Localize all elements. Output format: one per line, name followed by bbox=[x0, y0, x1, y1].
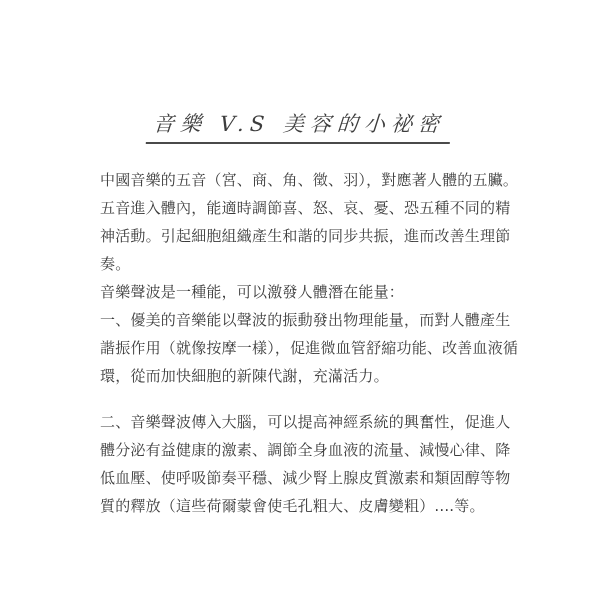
text-line: 低血壓、使呼吸節奏平穩、減少腎上腺皮質激素和類固醇等物 bbox=[100, 464, 524, 492]
text-line: 環，從而加快細胞的新陳代謝，充滿活力。 bbox=[100, 362, 524, 390]
text-line: 五音進入體內，能適時調節喜、怒、哀、憂、恐五種不同的精 bbox=[100, 194, 524, 222]
paragraph-1: 中國音樂的五音（宮、商、角、徵、羽），對應著人體的五臟。 五音進入體內，能適時調… bbox=[100, 166, 524, 278]
text-line: 神活動。引起細胞組織產生和諧的同步共振，進而改善生理節 bbox=[100, 222, 524, 250]
document-page: 音樂 V.S 美容的小祕密 中國音樂的五音（宮、商、角、徵、羽），對應著人體的五… bbox=[0, 0, 597, 600]
text-line: 中國音樂的五音（宮、商、角、徵、羽），對應著人體的五臟。 bbox=[100, 166, 524, 194]
text-line: 一、優美的音樂能以聲波的振動發出物理能量，而對人體產生 bbox=[100, 306, 524, 334]
text-line: 音樂聲波是一種能，可以激發人體潛在能量： bbox=[100, 278, 524, 306]
document-body: 中國音樂的五音（宮、商、角、徵、羽），對應著人體的五臟。 五音進入體內，能適時調… bbox=[100, 166, 524, 520]
paragraph-3: 二、音樂聲波傳入大腦，可以提高神經系統的興奮性，促進人 體分泌有益健康的激素、調… bbox=[100, 408, 524, 520]
text-line: 體分泌有益健康的激素、調節全身血液的流量、減慢心律、降 bbox=[100, 436, 524, 464]
title-row: 音樂 V.S 美容的小祕密 bbox=[0, 108, 597, 144]
page-title: 音樂 V.S 美容的小祕密 bbox=[145, 108, 451, 144]
paragraph-2: 音樂聲波是一種能，可以激發人體潛在能量： 一、優美的音樂能以聲波的振動發出物理能… bbox=[100, 278, 524, 390]
text-line: 二、音樂聲波傳入大腦，可以提高神經系統的興奮性，促進人 bbox=[100, 408, 524, 436]
text-line: 質的釋放（這些荷爾蒙會使毛孔粗大、皮膚變粗）....等。 bbox=[100, 492, 524, 520]
text-line: 諧振作用（就像按摩一樣），促進微血管舒縮功能、改善血液循 bbox=[100, 334, 524, 362]
text-line: 奏。 bbox=[100, 250, 524, 278]
